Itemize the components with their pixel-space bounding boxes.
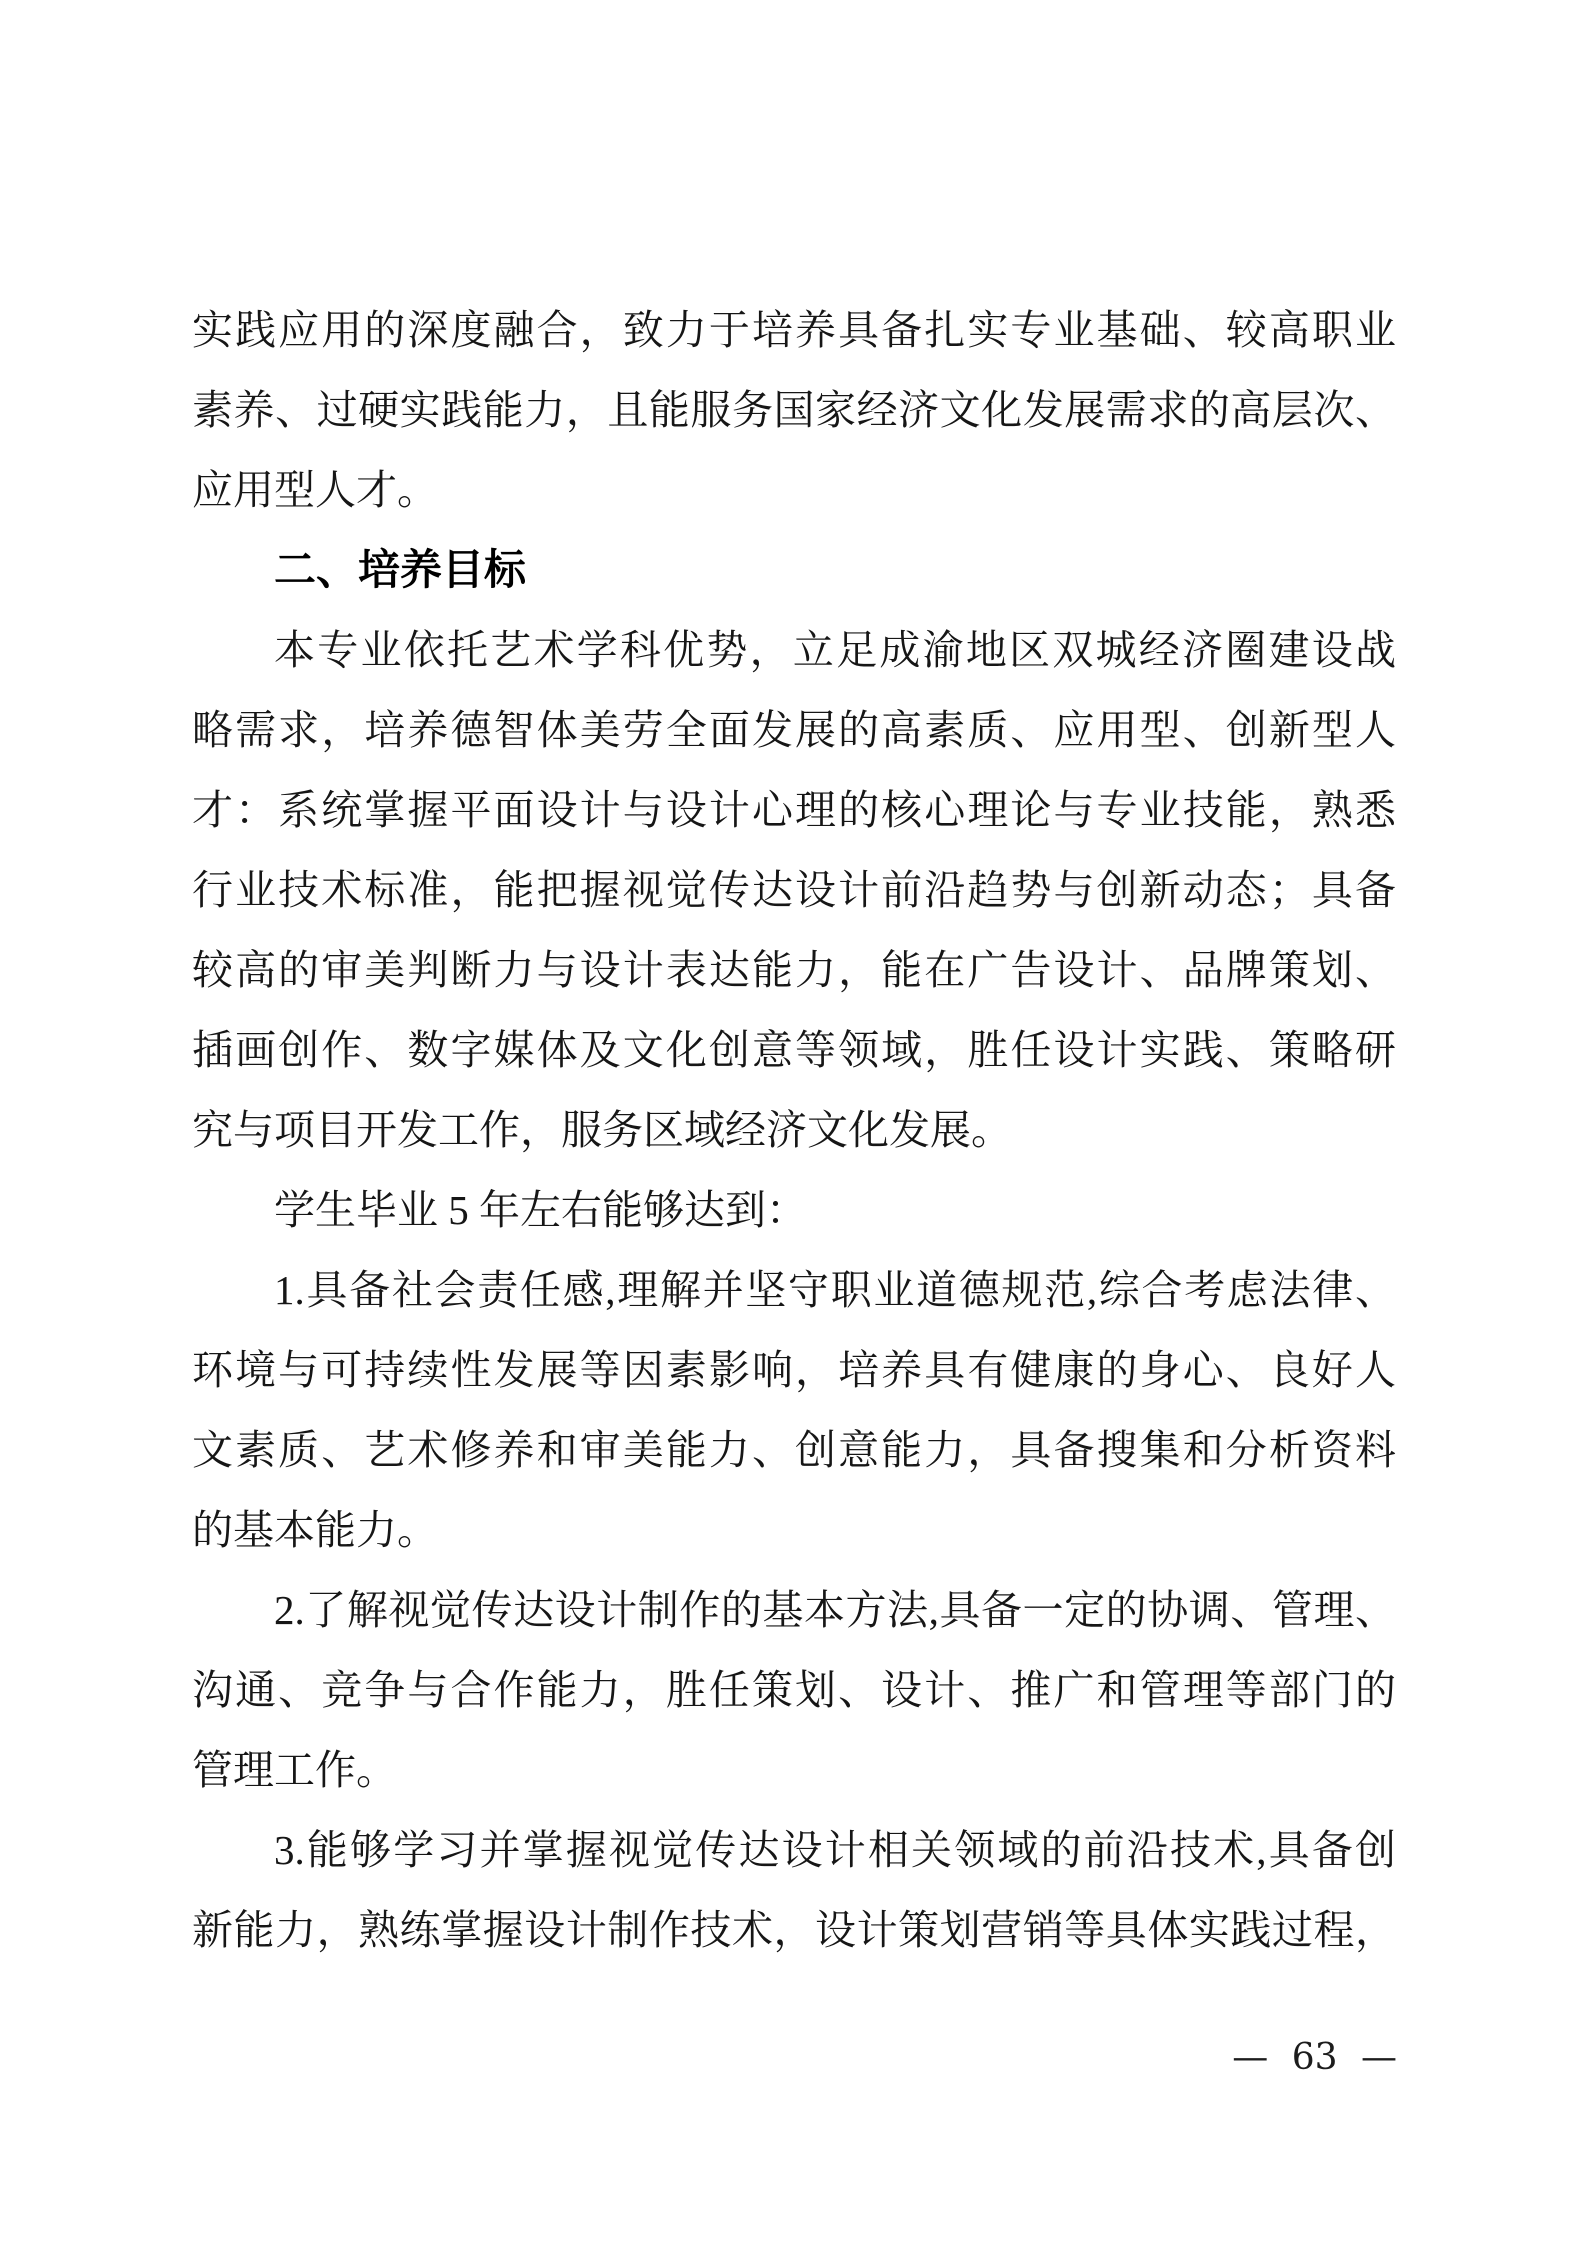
text-line: 3.能够学习并掌握视觉传达设计相关领域的前沿技术,具备创 bbox=[192, 1810, 1396, 1890]
text-line: 2.了解视觉传达设计制作的基本方法,具备一定的协调、管理、 bbox=[192, 1570, 1396, 1650]
document-body: 实践应用的深度融合，致力于培养具备扎实专业基础、较高职业素养、过硬实践能力，且能… bbox=[192, 290, 1396, 1970]
paragraph: 本专业依托艺术学科优势，立足成渝地区双城经济圈建设战略需求，培养德智体美劳全面发… bbox=[192, 610, 1396, 1170]
paragraph: 3.能够学习并掌握视觉传达设计相关领域的前沿技术,具备创新能力，熟练掌握设计制作… bbox=[192, 1810, 1396, 1970]
text-line: 二、培养目标 bbox=[192, 530, 1396, 610]
document-page: 实践应用的深度融合，致力于培养具备扎实专业基础、较高职业素养、过硬实践能力，且能… bbox=[0, 0, 1587, 2245]
text-line: 学生毕业 5 年左右能够达到： bbox=[192, 1170, 1396, 1250]
text-line: 行业技术标准，能把握视觉传达设计前沿趋势与创新动态；具备 bbox=[192, 850, 1396, 930]
paragraph: 1.具备社会责任感,理解并坚守职业道德规范,综合考虑法律、环境与可持续性发展等因… bbox=[192, 1250, 1396, 1570]
text-line: 新能力，熟练掌握设计制作技术，设计策划营销等具体实践过程， bbox=[192, 1890, 1396, 1970]
text-line: 应用型人才。 bbox=[192, 450, 1396, 530]
text-line: 才：系统掌握平面设计与设计心理的核心理论与专业技能，熟悉 bbox=[192, 770, 1396, 850]
text-line: 实践应用的深度融合，致力于培养具备扎实专业基础、较高职业 bbox=[192, 290, 1396, 370]
text-line: 究与项目开发工作，服务区域经济文化发展。 bbox=[192, 1090, 1396, 1170]
paragraph: 实践应用的深度融合，致力于培养具备扎实专业基础、较高职业素养、过硬实践能力，且能… bbox=[192, 290, 1396, 530]
text-line: 插画创作、数字媒体及文化创意等领域，胜任设计实践、策略研 bbox=[192, 1010, 1396, 1090]
text-line: 1.具备社会责任感,理解并坚守职业道德规范,综合考虑法律、 bbox=[192, 1250, 1396, 1330]
text-line: 管理工作。 bbox=[192, 1730, 1396, 1810]
text-line: 沟通、竞争与合作能力，胜任策划、设计、推广和管理等部门的 bbox=[192, 1650, 1396, 1730]
text-line: 较高的审美判断力与设计表达能力，能在广告设计、品牌策划、 bbox=[192, 930, 1396, 1010]
page-number-label: — 63 — bbox=[1232, 2037, 1397, 2078]
paragraph: 2.了解视觉传达设计制作的基本方法,具备一定的协调、管理、沟通、竞争与合作能力，… bbox=[192, 1570, 1396, 1810]
text-line: 本专业依托艺术学科优势，立足成渝地区双城经济圈建设战 bbox=[192, 610, 1396, 690]
section-heading: 二、培养目标 bbox=[192, 530, 1396, 610]
page-number: — 63 — bbox=[1232, 2038, 1397, 2078]
text-line: 文素质、艺术修养和审美能力、创意能力，具备搜集和分析资料 bbox=[192, 1410, 1396, 1490]
text-line: 的基本能力。 bbox=[192, 1490, 1396, 1570]
text-line: 环境与可持续性发展等因素影响，培养具有健康的身心、良好人 bbox=[192, 1330, 1396, 1410]
text-line: 素养、过硬实践能力，且能服务国家经济文化发展需求的高层次、 bbox=[192, 370, 1396, 450]
text-line: 略需求，培养德智体美劳全面发展的高素质、应用型、创新型人 bbox=[192, 690, 1396, 770]
paragraph: 学生毕业 5 年左右能够达到： bbox=[192, 1170, 1396, 1250]
